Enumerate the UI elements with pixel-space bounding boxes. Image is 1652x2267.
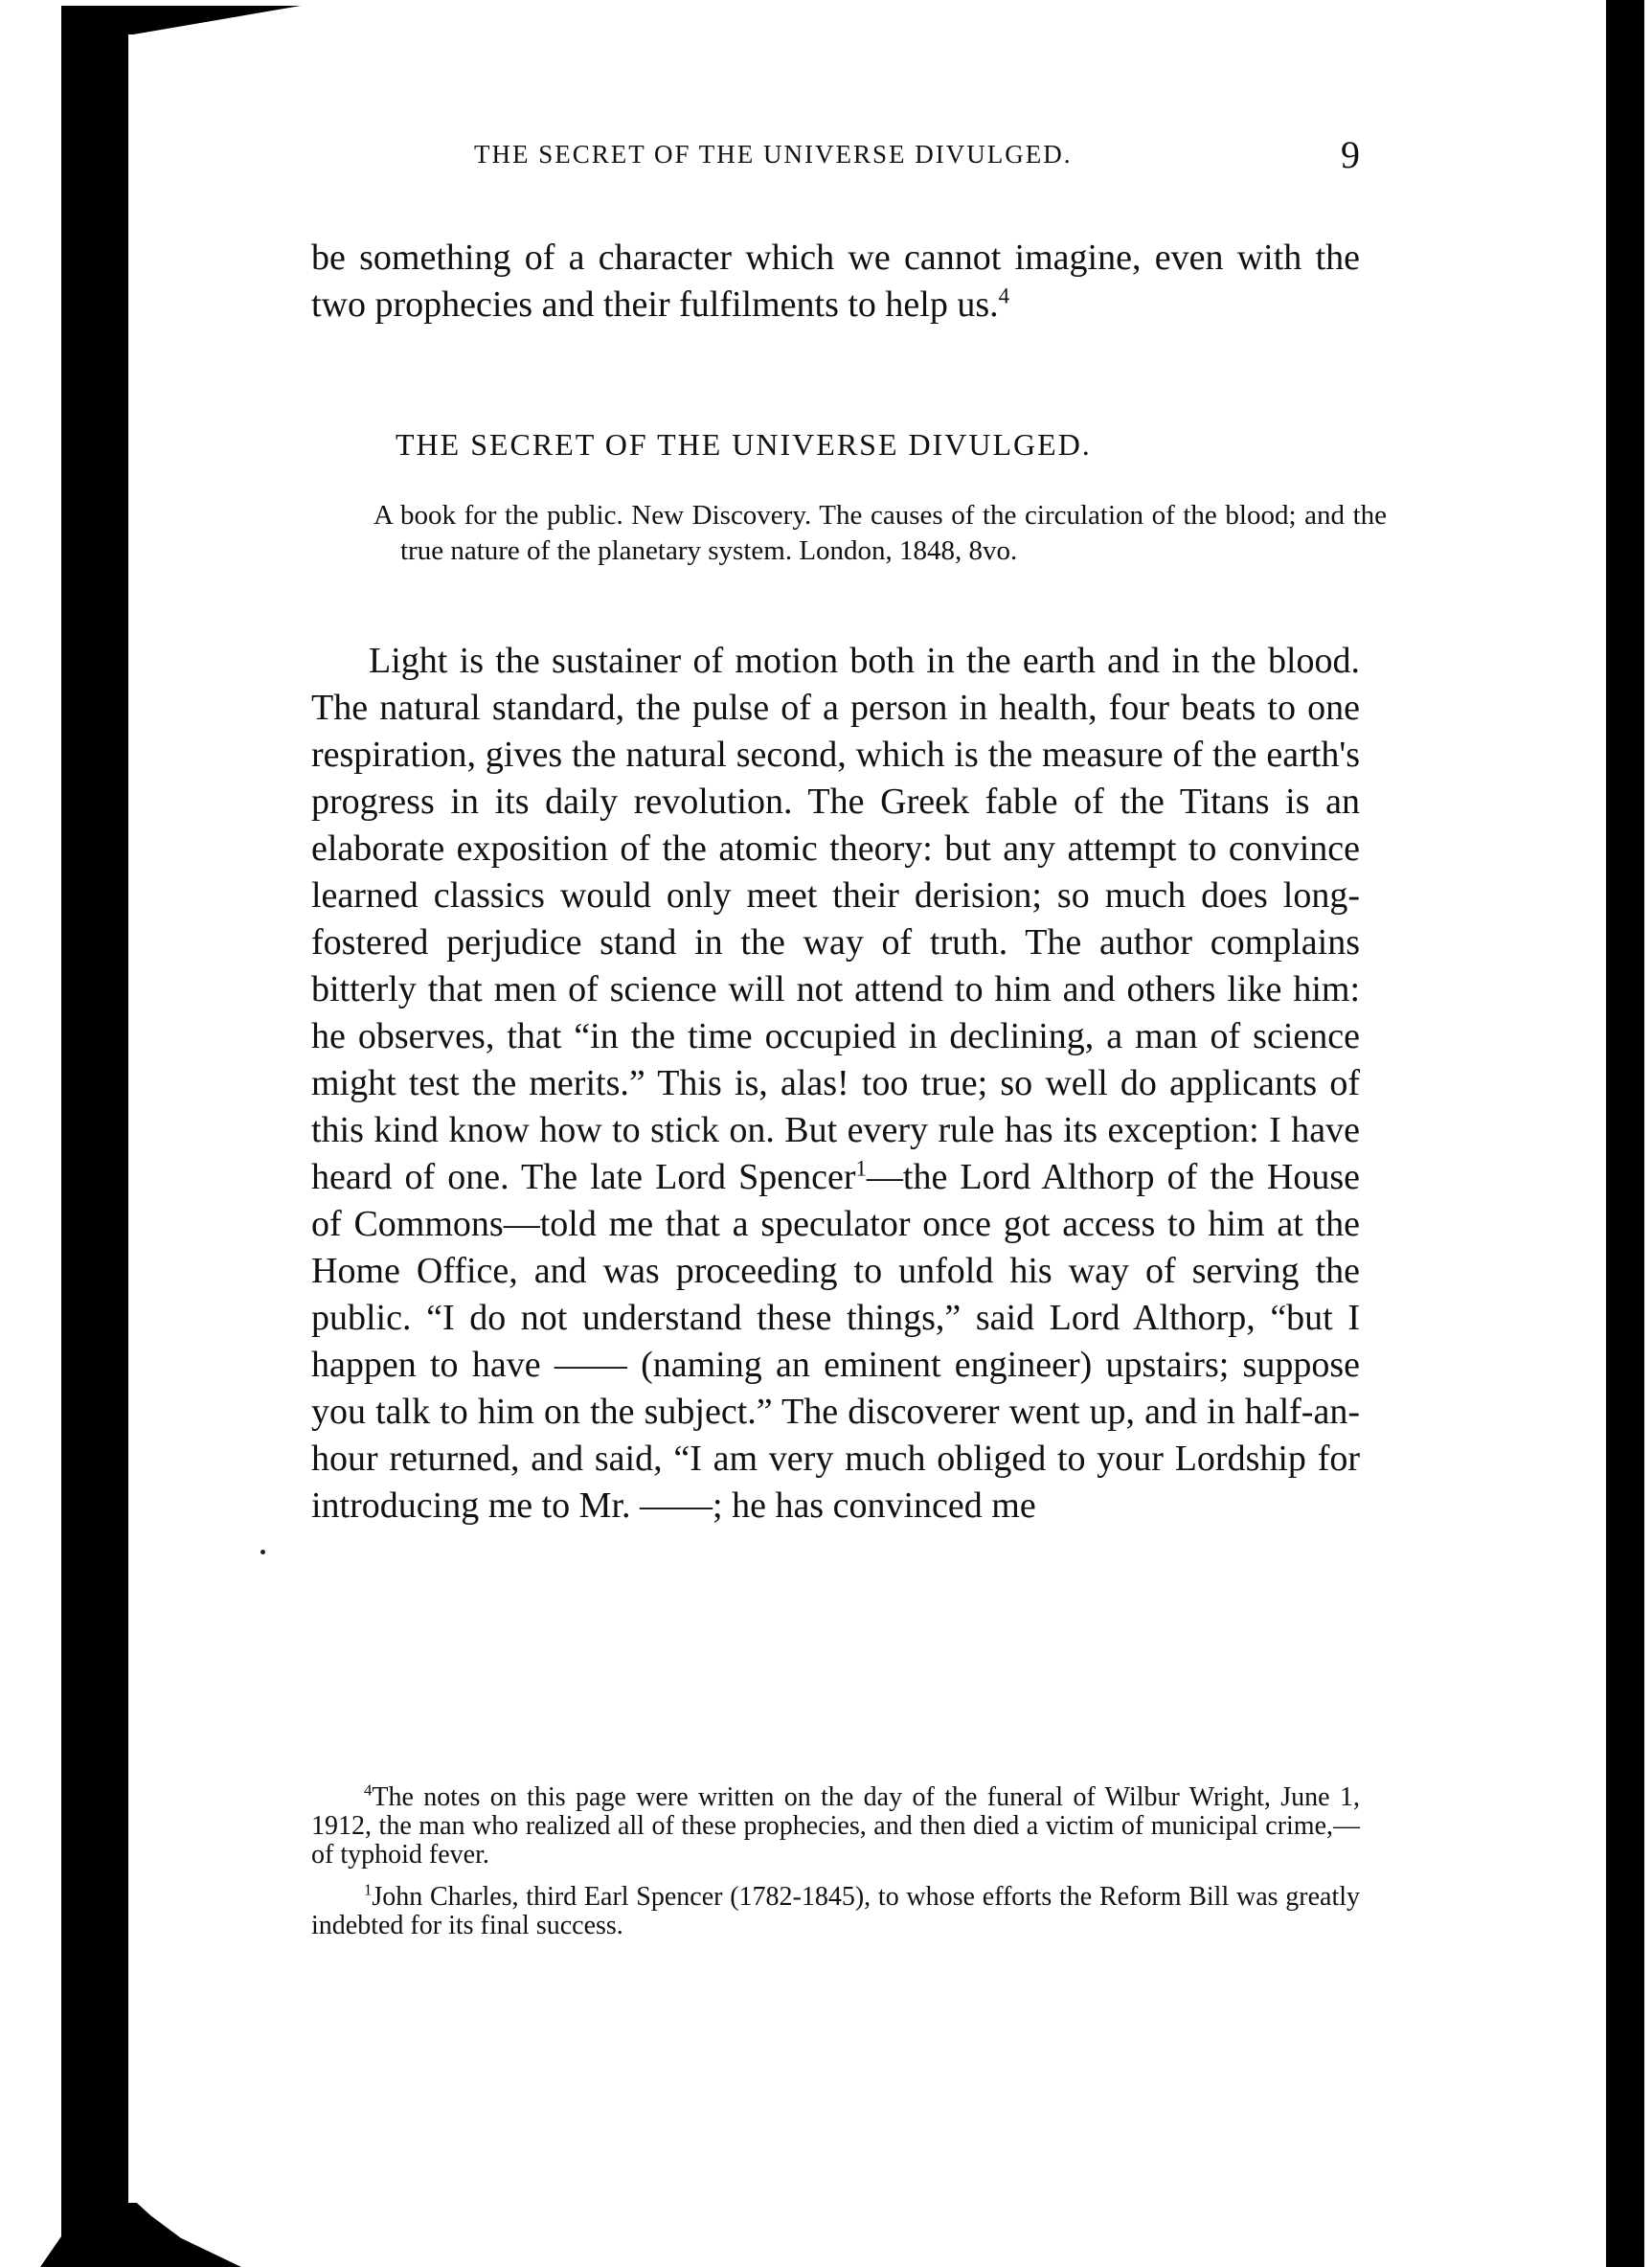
footnote-1: 1John Charles, third Earl Spencer (1782-… xyxy=(311,1883,1360,1940)
main-paragraph: Light is the sustainer of motion both in… xyxy=(311,638,1360,1530)
running-head: THE SECRET OF THE UNIVERSE DIVULGED. 9 xyxy=(311,140,1360,178)
page-number: 9 xyxy=(1341,132,1360,177)
main-paragraph-text-2: —the Lord Althorp of the House of Common… xyxy=(311,1157,1360,1526)
main-paragraph-text-1: Light is the sustainer of motion both in… xyxy=(311,641,1360,1197)
footnotes: 4The notes on this page were written on … xyxy=(311,1783,1360,1954)
book-citation: A book for the public. New Discovery. Th… xyxy=(373,498,1387,569)
scan-border-right xyxy=(1606,0,1644,2267)
footnote-text: John Charles, third Earl Spencer (1782-1… xyxy=(311,1882,1360,1940)
scan-border-left xyxy=(61,6,128,2267)
continuation-text: be something of a character which we can… xyxy=(311,238,1360,325)
scan-speck xyxy=(260,1550,265,1554)
continuation-paragraph: be something of a character which we can… xyxy=(311,235,1360,329)
section-title: THE SECRET OF THE UNIVERSE DIVULGED. xyxy=(396,427,1092,463)
scan-border-top xyxy=(61,6,301,34)
footnote-4: 4The notes on this page were written on … xyxy=(311,1783,1360,1870)
footnote-ref-1: 1 xyxy=(856,1156,867,1180)
footnote-text: The notes on this page were written on t… xyxy=(311,1782,1360,1870)
running-head-title: THE SECRET OF THE UNIVERSE DIVULGED. xyxy=(474,140,1073,170)
footnote-ref-4: 4 xyxy=(999,283,1009,307)
